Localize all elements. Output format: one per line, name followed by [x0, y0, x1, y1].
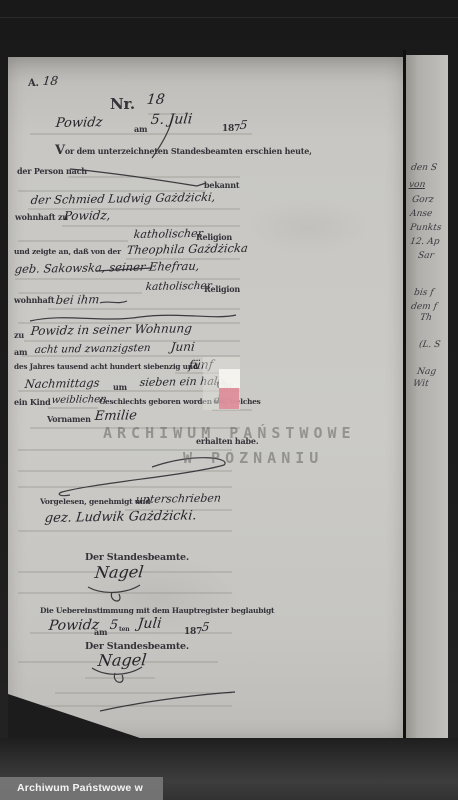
adjacent-fragment: dem f — [410, 302, 437, 312]
certify-ten-label: ten — [119, 626, 129, 633]
intro-line: Vor dem unterzeichneten Standesbeamten e… — [55, 143, 312, 158]
polish-flag-red-stripe — [219, 388, 239, 409]
certify-year-digit: 5 — [201, 620, 210, 634]
polish-flag-white-stripe — [219, 369, 240, 388]
adjacent-fragment: (L. S — [418, 340, 441, 350]
religion2-value: katholischer — [145, 280, 212, 293]
wohnhaft-value: bei ihm — [55, 292, 100, 307]
certify-place-value: Powidz — [48, 617, 100, 634]
mother-intro-label: und zeigte an, daß von der — [14, 247, 121, 256]
year-line-label: des Jahres tausend acht hundert siebenzi… — [14, 362, 198, 371]
zu-label: zu — [14, 330, 24, 340]
archival-scan-photo: A. 18 Nr. 18 Powidz am 5. Juli 187 5 Vor… — [0, 0, 458, 800]
adjacent-fragment: Wit — [412, 379, 429, 389]
adjacent-fragment: Punkts — [409, 223, 442, 233]
archive-caption-bar: Archiwum Państwowe w Poznaniu — [0, 777, 163, 800]
read-approved-value: unterschrieben — [135, 492, 222, 506]
year-printed: 187 — [222, 124, 240, 134]
person-nach-label: der Person nach — [17, 166, 87, 176]
date-value: 5. Juli — [150, 111, 193, 128]
um-label: um — [113, 382, 127, 392]
margin-annotation-prefix: A. — [28, 78, 39, 89]
certify-am-label: am — [94, 627, 107, 637]
residence-value: Powidz, — [63, 208, 111, 223]
read-approved-label: Vorgelesen, genehmigt und — [40, 497, 150, 506]
watermark-text-line2: W POZNANIU — [183, 449, 323, 467]
certify-month-value: Juli — [137, 616, 162, 632]
birth-day-value: acht und zwanzigsten — [34, 342, 151, 356]
declarant-signature: gez. Ludwik Gażdżicki. — [44, 508, 197, 526]
adjacent-fragment: Nag — [416, 367, 436, 377]
child-prefix-label: ein Kind — [14, 397, 51, 407]
certify-year-printed: 187 — [184, 627, 202, 637]
year-digit: 5 — [239, 118, 248, 132]
certify-day-value: 5 — [109, 618, 119, 633]
vornamen-label: Vornamen — [47, 414, 91, 424]
mother-name: Theophila Gażdżicka — [126, 241, 249, 257]
book-edge-seam — [0, 17, 458, 18]
margin-annotation-number: 18 — [42, 74, 59, 88]
adjacent-fragment: Anse — [409, 209, 433, 219]
child-name-value: Emilie — [94, 408, 138, 424]
wohnhaft-zu-label: wohnhaft zu — [15, 212, 68, 222]
registrar-signature: Nagel — [94, 562, 144, 582]
adjacent-fragment: Th — [419, 313, 432, 323]
time-prefix-value: Nachmittags — [24, 376, 100, 391]
record-number-label: Nr. — [110, 95, 135, 113]
adjacent-page-sliver — [406, 55, 448, 745]
am-label: am — [134, 124, 147, 134]
registrar-signature-2: Nagel — [97, 650, 147, 670]
adjacent-fragment: 12. Ap — [409, 237, 440, 247]
religion1-value: katholischer — [133, 227, 204, 241]
watermark-text-line1: ARCHIWUM PAŃSTWOWE — [103, 424, 356, 442]
record-number-value: 18 — [146, 92, 166, 108]
am2-label: am — [14, 347, 27, 357]
wohnhaft-label: wohnhaft — [14, 295, 54, 305]
certify-line-label: Die Uebereinstimmung mit dem Hauptregist… — [40, 606, 274, 615]
bekannt-label: bekannt — [204, 180, 239, 190]
adjacent-fragment: Gorz — [411, 195, 434, 205]
birth-place-value: Powidz in seiner Wohnung — [30, 321, 193, 338]
religion2-label: Religion — [204, 284, 240, 294]
adjacent-fragment: Sar — [417, 251, 434, 261]
adjacent-fragment: den S — [410, 163, 437, 173]
adjacent-fragment: von — [408, 180, 426, 190]
place-value: Powidz — [55, 115, 103, 131]
birth-month-value: Juni — [170, 340, 196, 354]
adjacent-fragment: bis f — [413, 288, 434, 298]
